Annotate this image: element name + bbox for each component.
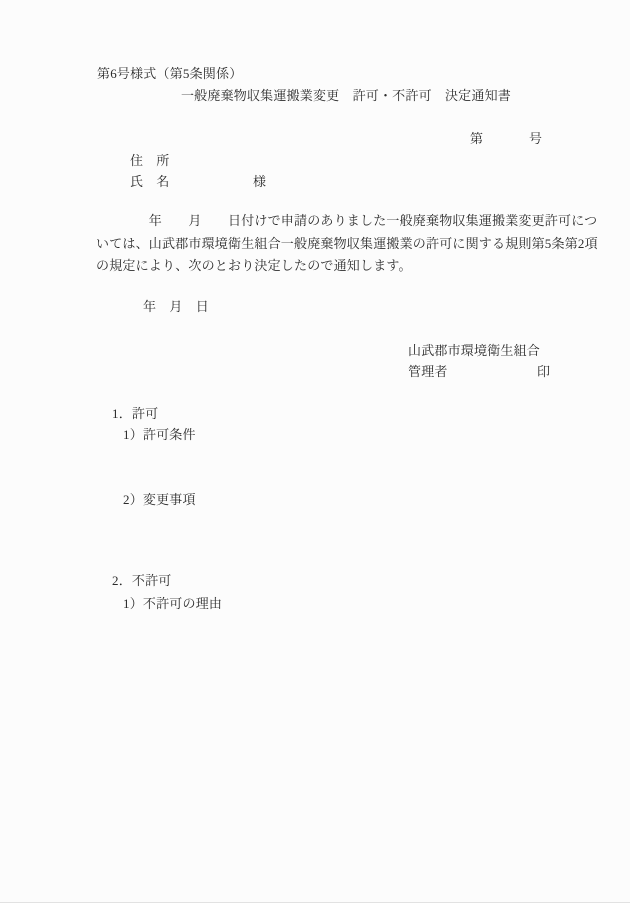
document-number-suffix: 号	[529, 131, 542, 147]
section2-heading: 2．不許可	[112, 573, 172, 589]
document-page: 第6号様式（第5条関係） 一般廃棄物収集運搬業変更 許可・不許可 決定通知書 第…	[0, 0, 630, 903]
section2-item-refusal-reason: 1）不許可の理由	[123, 596, 222, 612]
recipient-honorific: 様	[253, 174, 266, 190]
issuer-seal-placeholder: 印	[537, 364, 550, 380]
form-number: 第6号様式（第5条関係）	[97, 66, 242, 82]
document-number-prefix: 第	[470, 131, 483, 147]
decision-date-line: 年 月 日	[143, 299, 209, 315]
issuer-manager-label: 管理者	[408, 364, 448, 380]
body-line: いては、山武郡市環境衛生組合一般廃棄物収集運搬業の許可に関する規則第5条第2項	[96, 236, 598, 252]
recipient-name-label: 氏 名	[130, 174, 170, 190]
section1-item-permission-conditions: 1）許可条件	[123, 427, 196, 443]
recipient-address-label: 住 所	[130, 153, 170, 169]
section1-heading: 1．許可	[112, 406, 158, 422]
body-line: 年 月 日付けで申請のありました一般廃棄物収集運搬業変更許可につ	[96, 213, 597, 229]
section1-item-changed-matters: 2）変更事項	[123, 492, 196, 508]
issuer-organization: 山武郡市環境衛生組合	[408, 343, 540, 359]
body-line: の規定により、次のとおり決定したので通知します。	[96, 258, 412, 274]
document-title: 一般廃棄物収集運搬業変更 許可・不許可 決定通知書	[96, 88, 596, 104]
